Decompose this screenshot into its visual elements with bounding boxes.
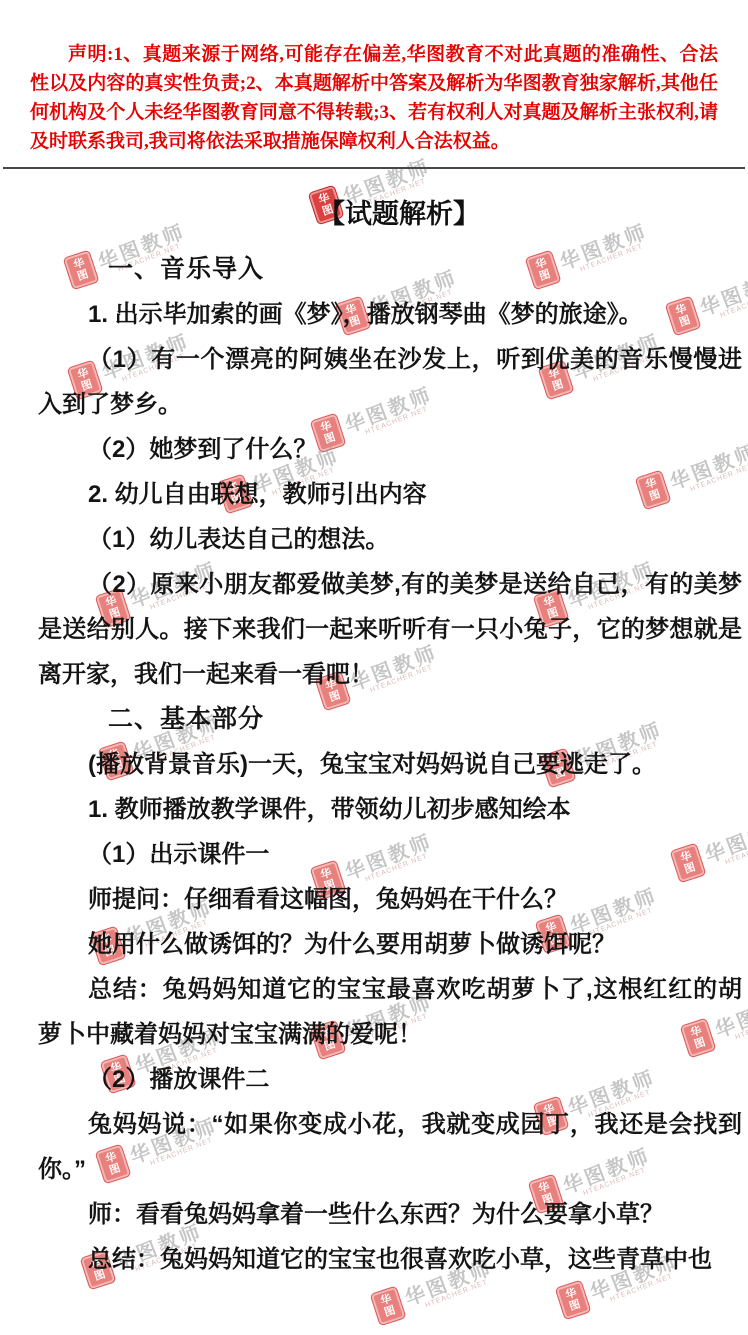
paragraph: 2. 幼儿自由联想，教师引出内容 — [38, 472, 742, 517]
paragraph: 兔妈妈说：“如果你变成小花，我就变成园丁，我还是会找到你。” — [38, 1102, 742, 1192]
disclaimer-label: 声明: — [68, 44, 113, 65]
paragraph: 师：看看兔妈妈拿着一些什么东西？为什么要拿小草？ — [38, 1192, 742, 1237]
document-page: 华图华图教师HTEACHER.NET华图华图教师HTEACHER.NET华图华图… — [0, 0, 748, 1335]
section-heading: 一、音乐导入 — [38, 247, 742, 292]
disclaimer-text: 1、真题来源于网络,可能存在偏差,华图教育不对此真题的准确性、合法性以及内容的真… — [30, 44, 718, 152]
paragraph: 1. 教师播放教学课件，带领幼儿初步感知绘本 — [38, 787, 742, 832]
disclaimer: 声明:1、真题来源于网络,可能存在偏差,华图教育不对此真题的准确性、合法性以及内… — [30, 40, 718, 156]
huatu-logo-icon: 华图 — [370, 1285, 407, 1326]
divider — [3, 167, 745, 169]
section-heading: 二、基本部分 — [38, 697, 742, 742]
paragraph: （2）原来小朋友都爱做美梦,有的美梦是送给自己，有的美梦是送给别人。接下来我们一… — [38, 562, 742, 697]
paragraph: 1. 出示毕加索的画《梦》，播放钢琴曲《梦的旅途》。 — [38, 292, 742, 337]
huatu-logo-icon: 华图 — [555, 1279, 592, 1320]
paragraph: 总结：兔妈妈知道它的宝宝也很喜欢吃小草，这些青草中也 — [38, 1237, 742, 1282]
paragraph: 师提问：仔细看看这幅图，兔妈妈在干什么？ — [38, 877, 742, 922]
paragraph: 总结：兔妈妈知道它的宝宝最喜欢吃胡萝卜了,这根红红的胡萝卜中藏着妈妈对宝宝满满的… — [38, 967, 742, 1057]
content-body: 一、音乐导入1. 出示毕加索的画《梦》，播放钢琴曲《梦的旅途》。（1）有一个漂亮… — [38, 247, 742, 1282]
paragraph: 她用什么做诱饵的？为什么要用胡萝卜做诱饵呢？ — [38, 922, 742, 967]
paragraph: （1）出示课件一 — [38, 832, 742, 877]
paragraph: （2）她梦到了什么？ — [38, 427, 742, 472]
doc-title: 【试题解析】 — [50, 193, 748, 235]
paragraph: （1）有一个漂亮的阿姨坐在沙发上，听到优美的音乐慢慢进入到了梦乡。 — [38, 337, 742, 427]
paragraph: （1）幼儿表达自己的想法。 — [38, 517, 742, 562]
paragraph: （2）播放课件二 — [38, 1057, 742, 1102]
paragraph: (播放背景音乐)一天，兔宝宝对妈妈说自己要逃走了。 — [38, 742, 742, 787]
